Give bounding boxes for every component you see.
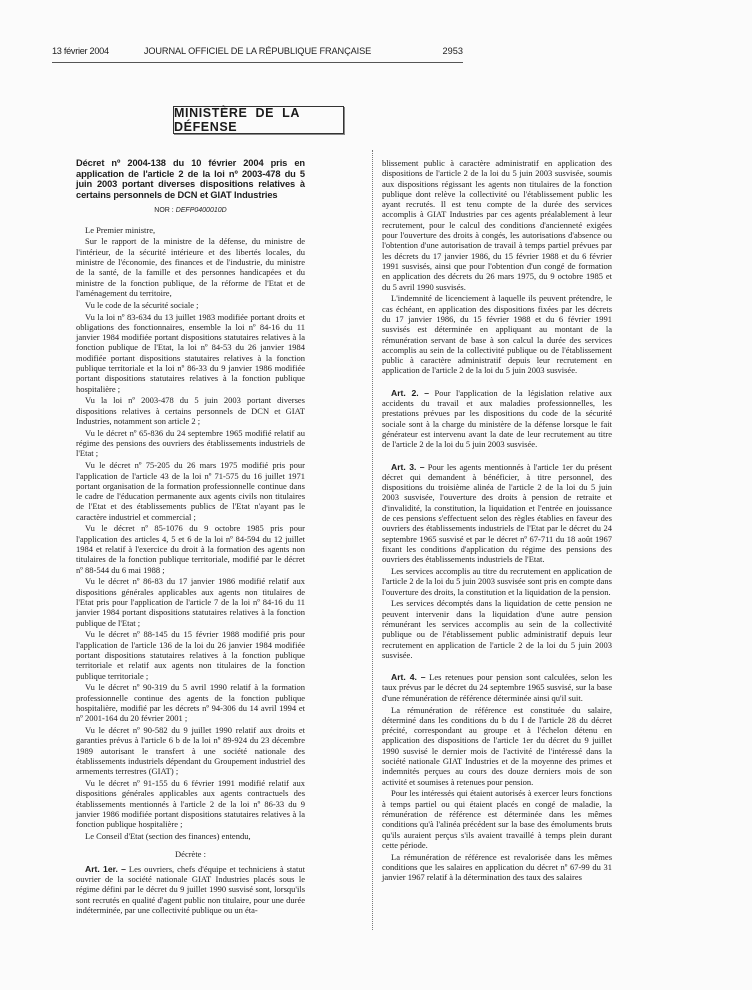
preamble-paragraph: Vu le décret nº 65-836 du 24 septembre 1… [76,428,305,459]
nor-value: DEFP0400010D [176,207,227,214]
article-1-label: Art. 1er. – [85,864,126,874]
article-3-text: Pour les agents mentionnés à l'article 1… [382,462,612,565]
article-3-paragraph: Les services décomptés dans la liquidati… [382,598,612,660]
preamble-paragraph: Vu le décret nº 90-319 du 5 avril 1990 r… [76,682,305,723]
preamble-paragraph: Vu la loi nº 83-634 du 13 juillet 1983 m… [76,312,305,394]
journal-title: JOURNAL OFFICIEL DE LA RÉPUBLIQUE FRANÇA… [52,46,463,56]
article-1-paragraph: Art. 1er. – Les ouvriers, chefs d'équipe… [76,864,305,915]
article-3-paragraph: Art. 3. – Pour les agents mentionnés à l… [382,462,612,565]
left-column: Décret nº 2004-138 du 10 février 2004 pr… [76,158,305,915]
preamble-paragraph: Vu le décret nº 75-205 du 26 mars 1975 m… [76,460,305,522]
decrete-heading: Décrète : [76,849,305,859]
column-divider [372,150,373,930]
article-1-paragraph: L'indemnité de licenciement à laquelle i… [382,293,612,375]
header-rule [52,62,463,63]
article-2-paragraph: Art. 2. – Pour l'application de la légis… [382,388,612,450]
preamble-paragraph: Vu le code de la sécurité sociale ; [76,300,305,310]
article-3-label: Art. 3. – [391,462,425,472]
decree-title: Décret nº 2004-138 du 10 février 2004 pr… [76,158,305,200]
preamble-paragraph: Vu le décret nº 90-582 du 9 juillet 1990… [76,725,305,776]
ministry-heading: MINISTÈRE DE LA DÉFENSE [173,106,344,134]
preamble-paragraph: Vu le décret nº 86-83 du 17 janvier 1986… [76,576,305,627]
preamble-paragraph: Vu le décret nº 88-145 du 15 février 198… [76,629,305,680]
article-3-paragraph: Les services accomplis au titre du recru… [382,566,612,597]
article-2-label: Art. 2. – [391,388,429,398]
article-4-paragraph: Pour les intéressés qui étaient autorisé… [382,788,612,850]
article-4-paragraph: La rémunération de référence est constit… [382,705,612,787]
nor-reference: NOR : DEFP0400010D [76,206,305,216]
preamble-paragraph: Vu le décret nº 91-155 du 6 février 1991… [76,778,305,829]
preamble-paragraph: Vu la loi nº 2003-478 du 5 juin 2003 por… [76,395,305,426]
preamble-paragraph: Le Premier ministre, [76,225,305,235]
article-4-paragraph: La rémunération de référence est revalor… [382,852,612,883]
article-4-paragraph: Art. 4. – Les retenues pour pension sont… [382,672,612,703]
page-number: 2953 [443,46,463,56]
nor-label: NOR : [154,207,173,214]
article-1-continuation: blissement public à caractère administra… [382,158,612,292]
running-header: 13 février 2004 JOURNAL OFFICIEL DE LA R… [52,44,463,62]
preamble-paragraph: Vu le décret nº 85-1076 du 9 octobre 198… [76,523,305,574]
preamble-paragraph: Sur le rapport de la ministre de la défe… [76,236,305,298]
preamble-paragraph: Le Conseil d'Etat (section des finances)… [76,831,305,841]
right-column: blissement public à caractère administra… [382,158,612,883]
article-4-label: Art. 4. – [391,672,426,682]
